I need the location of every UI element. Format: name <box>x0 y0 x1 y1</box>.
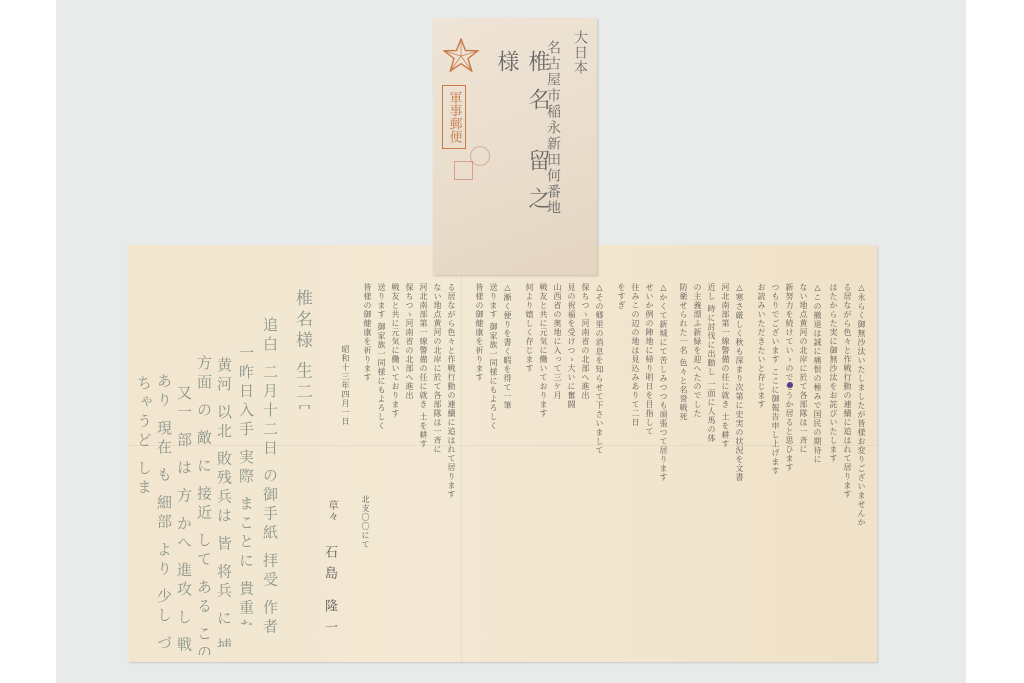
letter-line: 皆様の御健康を祈ります <box>362 283 373 483</box>
letter-line: △永らく御無沙汰いたしましたが皆様お変りございませんか <box>856 283 867 653</box>
letter-line: る居ながら色々と作戦行動の連續に追はれて居ります <box>842 283 853 653</box>
military-star-icon <box>443 38 479 72</box>
postscript-line: あり 現在 も 細部 より 少し づ ほ なから ぬ <box>154 373 175 653</box>
letter-line: ない地点黄河の北岸に於て各部隊は一斉に <box>432 283 443 653</box>
letter-date: 昭和十三年四月一日 <box>340 345 351 445</box>
envelope-country: 大日本 <box>570 30 590 75</box>
letter-line: る居ながら色々と作戦行動の連續に追はれて居ります <box>446 283 457 653</box>
letter-line: をすぎ <box>616 283 627 653</box>
letter-line: お読みいただきたいと存じます <box>756 283 767 653</box>
round-seal-icon <box>470 146 490 166</box>
letter-line: はたからた実に御無沙汰をお詫びいたします <box>828 283 839 653</box>
letter-line: ない地点黄河の北岸に於て各部隊は一斉に <box>798 283 809 653</box>
postscript-line: 又一 部 は 方 かへ 進攻 し 戦況 は 努力 すること が <box>174 385 195 655</box>
letter-line: 送ります 御家族一同様にもよろしく <box>488 283 499 653</box>
letter-line: △かくて新城にて苦しみつつも頑張つて居ります <box>658 283 669 653</box>
letter-line: 河北南部第一線警備の任に就き 土を耕す <box>720 283 731 653</box>
letter-line: 何より嬉しく存じます <box>524 283 535 653</box>
letter-line: 見の祝福を受けつゝ大いに奮闘 <box>566 283 577 653</box>
letter-line: 保ちつゝ河南省の北部へ進出 <box>580 283 591 653</box>
postscript-line: ちゃうど します <box>134 375 155 495</box>
postscript-line: 一昨日入手 実際 まことに 貴重な 資料 です <box>236 345 257 625</box>
ink-blot <box>787 382 793 388</box>
letter-line: 山西省の奥地に入って三ケ月 <box>552 283 563 653</box>
fold-crease-vertical <box>461 245 463 662</box>
envelope-recipient: 椎名 留之 様 <box>491 50 553 275</box>
letter-sender: 石島 隆一 <box>320 545 339 655</box>
letter-line: △寒さ厳しく秋も深まり次第に史実の状況を文書 <box>734 283 745 653</box>
letter-line: 保ちつゝ河南省の北部へ進出 <box>404 283 415 653</box>
letter-line: △この撤退は誠に痛恨の極みで国民の期待に <box>812 283 823 653</box>
postscript-line: 方面 の 敵 に 接近 して ある この 戦場 から <box>194 355 215 655</box>
letter-line: 住みこの辺の地は見込みありて二日 <box>630 283 641 653</box>
square-seal-icon <box>454 161 473 180</box>
military-mail-stamp: 軍事郵便 <box>442 85 466 149</box>
letter-line: の主義漂ふ新緑を迎へたのでした <box>692 283 703 653</box>
letter-line: 戦友と共に元気に働いております <box>390 283 401 583</box>
letter-closing-word: 草々 <box>324 500 339 540</box>
letter-line: △その郷里の消息を知らせて下さいまして <box>594 283 605 653</box>
postscript-line: 追白 二月十二日 の御手紙 拝受 作者の 口調 心 迫るもの <box>260 317 281 637</box>
postscript-line: 黄河 以北 敗残兵は 皆 将兵 に 捕まり <box>214 357 235 647</box>
letter-line: せいか例の陣地に帰り明日を目指して <box>644 283 655 653</box>
letter-line: 新努力を続けていゝのでせうか居ると思ひます <box>784 283 795 653</box>
handwritten-letter: 椎名様 生二日 追白 二月十二日 の御手紙 拝受 作者の 口調 心 迫るもの 一… <box>128 245 877 662</box>
letter-line: 皆様の御健康を祈ります <box>474 283 485 653</box>
letter-place: 北支〇〇にて <box>360 495 371 575</box>
letter-line: 河北南部第一線警備の任に就き 土を耕す <box>418 283 429 653</box>
letter-line: △漸く便りを書く暇を得て一筆 <box>502 283 513 653</box>
letter-line: 防衛せられた一名 色々と名誉戦死 <box>678 283 689 653</box>
letter-line: 近し 時に討伐に出動し 一面に人馬の体 <box>706 283 717 653</box>
letter-line: 戦友と共に元気に働いております <box>538 283 549 653</box>
postscript-line: 椎名様 生二日 <box>290 289 315 409</box>
letter-line: つもりでございます ここに御報告申し上げます <box>770 283 781 653</box>
military-mail-envelope: 軍事郵便 大日本 名古屋市稲永新田何番地 椎名 留之 様 <box>433 18 597 275</box>
letter-line: 送ります 御家族一同様にもよろしく <box>376 283 387 503</box>
